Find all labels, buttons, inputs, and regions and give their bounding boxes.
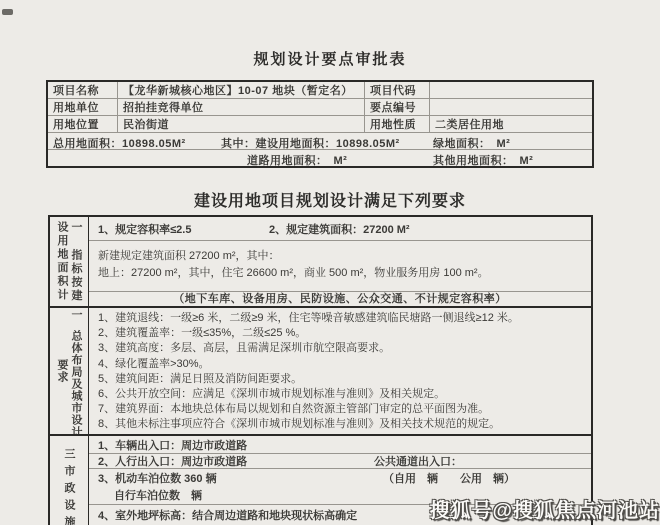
info-row-area-2: 道路用地面积： M² 其他用地面积： M² xyxy=(48,150,592,167)
section-1-label: 一 指标按建 设用地面积计 xyxy=(50,217,89,306)
green-area: 绿地面积： M² xyxy=(433,135,510,151)
total-land-area: 总用地面积：10898.05M² xyxy=(53,135,186,151)
section-1-label-outer: 设用地面积计 xyxy=(55,221,69,303)
info-row-location: 用地位置 民治街道 用地性质 二类居住用地 xyxy=(48,116,592,133)
info-label-project-code: 项目代码 xyxy=(365,82,430,98)
scanned-document: 规划设计要点审批表 项目名称 【龙华新城核心地区】10-07 地块（暂定名） 项… xyxy=(0,0,660,525)
info-row-land-unit: 用地单位 招拍挂竞得单位 要点编号 xyxy=(48,99,592,116)
document-title: 规划设计要点审批表 xyxy=(0,48,660,69)
above-ground-area-line: 地上：27200 m²，其中，住宅 26600 m²，商业 500 m²，物业服… xyxy=(98,265,591,282)
info-value-location: 民治街道 xyxy=(118,116,365,132)
section-1-label-inner: 一 指标按建 xyxy=(69,221,83,303)
parking-use-split: （自用 辆 公用 辆） xyxy=(383,471,515,488)
section-2-content: 1、建筑退线：一级≥6 米，二级≥9 米，住宅等噪音敏感建筑临民塘路一侧退线≥1… xyxy=(89,308,591,434)
building-area-value: 2、规定建筑面积：27200 M² xyxy=(269,221,410,237)
info-value-land-use: 二类居住用地 xyxy=(430,116,592,132)
road-land-area: 道路用地面积： M² xyxy=(247,152,347,168)
section-3-vertical-text: 三市政设施 xyxy=(62,448,76,525)
public-passage-entrance: 公共通道出入口： xyxy=(374,453,462,469)
info-label-location: 用地位置 xyxy=(48,116,118,132)
requirement-line: 5、建筑间距：满足日照及消防间距要求。 xyxy=(98,372,591,387)
new-building-area-line: 新建规定建筑面积 27200 m²，其中： xyxy=(98,248,591,265)
watermark: 搜狐号@搜狐焦点河池站 xyxy=(429,494,660,523)
project-info-table: 项目名称 【龙华新城核心地区】10-07 地块（暂定名） 项目代码 用地单位 招… xyxy=(46,80,594,168)
info-value-key-number xyxy=(430,99,592,115)
requirement-line: 8、其他未标注事项应符合《深圳市城市规划标准与准则》及相关技术规范的规定。 xyxy=(98,417,591,432)
info-value-project-code xyxy=(430,82,592,98)
info-value-project-name: 【龙华新城核心地区】10-07 地块（暂定名） xyxy=(118,82,365,98)
requirements-table: 一 指标按建 设用地面积计 1、规定容积率≤2.5 2、规定建筑面积：27200… xyxy=(48,215,593,525)
info-label-project-name: 项目名称 xyxy=(48,82,118,98)
pedestrian-entrance-row: 2、人行出入口：周边市政道路 公共通道出入口： xyxy=(89,454,591,469)
requirement-line: 3、建筑高度：多层、高层，且需满足深圳市航空限高要求。 xyxy=(98,341,591,356)
section-2-label-inner: 二 总体布局及城市设计 xyxy=(69,308,83,434)
info-row-area-1: 总用地面积：10898.05M² 其中：建设用地面积：10898.05M² 绿地… xyxy=(48,133,592,150)
building-area-detail-row: 新建规定建筑面积 27200 m²，其中： 地上：27200 m²，其中，住宅 … xyxy=(89,241,591,292)
construction-land-area: 其中：建设用地面积：10898.05M² xyxy=(221,135,400,151)
motor-parking-count: 3、机动车泊位数 360 辆 xyxy=(98,473,217,485)
section-3-label: 三市政设施 xyxy=(50,436,89,525)
section-heading: 建设用地项目规划设计满足下列要求 xyxy=(0,188,660,211)
section-2-layout-urban-design: 二 总体布局及城市设计 要求 1、建筑退线：一级≥6 米，二级≥9 米，住宅等噪… xyxy=(50,308,591,436)
other-land-area: 其他用地面积： M² xyxy=(433,152,533,168)
section-2-label: 二 总体布局及城市设计 要求 xyxy=(50,308,89,434)
motor-parking-line: 3、机动车泊位数 360 辆 （自用 辆 公用 辆） xyxy=(98,471,591,488)
requirement-line: 4、绿化覆盖率>30%。 xyxy=(98,357,591,372)
section-1-indicators: 一 指标按建 设用地面积计 1、规定容积率≤2.5 2、规定建筑面积：27200… xyxy=(50,217,591,308)
requirement-line: 1、建筑退线：一级≥6 米，二级≥9 米，住宅等噪音敏感建筑临民塘路一侧退线≥1… xyxy=(98,311,591,326)
requirement-line: 2、建筑覆盖率：一级≤35%，二级≤25 %。 xyxy=(98,326,591,341)
requirement-line: 6、公共开放空间：应满足《深圳市城市规划标准与准则》及相关规定。 xyxy=(98,387,591,402)
section-2-label-outer: 要求 xyxy=(55,308,69,434)
section-2-vertical-text: 二 总体布局及城市设计 要求 xyxy=(55,308,83,434)
scan-artifact xyxy=(2,9,13,15)
section-3-label-text: 三市政设施 xyxy=(62,448,76,525)
info-label-land-use: 用地性质 xyxy=(365,116,430,132)
info-label-key-number: 要点编号 xyxy=(365,99,430,115)
info-row-project: 项目名称 【龙华新城核心地区】10-07 地块（暂定名） 项目代码 xyxy=(48,82,592,99)
plot-ratio-value: 1、规定容积率≤2.5 xyxy=(98,221,191,237)
vehicle-entrance-row: 1、车辆出入口：周边市政道路 xyxy=(89,436,591,454)
section-1-vertical-text: 一 指标按建 设用地面积计 xyxy=(55,221,83,303)
pedestrian-entrance-value: 2、人行出入口：周边市政道路 xyxy=(98,453,247,469)
info-label-land-unit: 用地单位 xyxy=(48,99,118,115)
info-value-land-unit: 招拍挂竞得单位 xyxy=(118,99,365,115)
plot-ratio-row: 1、规定容积率≤2.5 2、规定建筑面积：27200 M² xyxy=(89,217,591,241)
section-1-content: 1、规定容积率≤2.5 2、规定建筑面积：27200 M² 新建规定建筑面积 2… xyxy=(89,217,591,306)
requirement-line: 7、建筑界面：本地块总体布局以规划和自然资源主管部门审定的总平面图为准。 xyxy=(98,402,591,417)
excluded-area-note: （地下车库、设备用房、民防设施、公众交通、不计规定容积率） xyxy=(89,292,591,306)
